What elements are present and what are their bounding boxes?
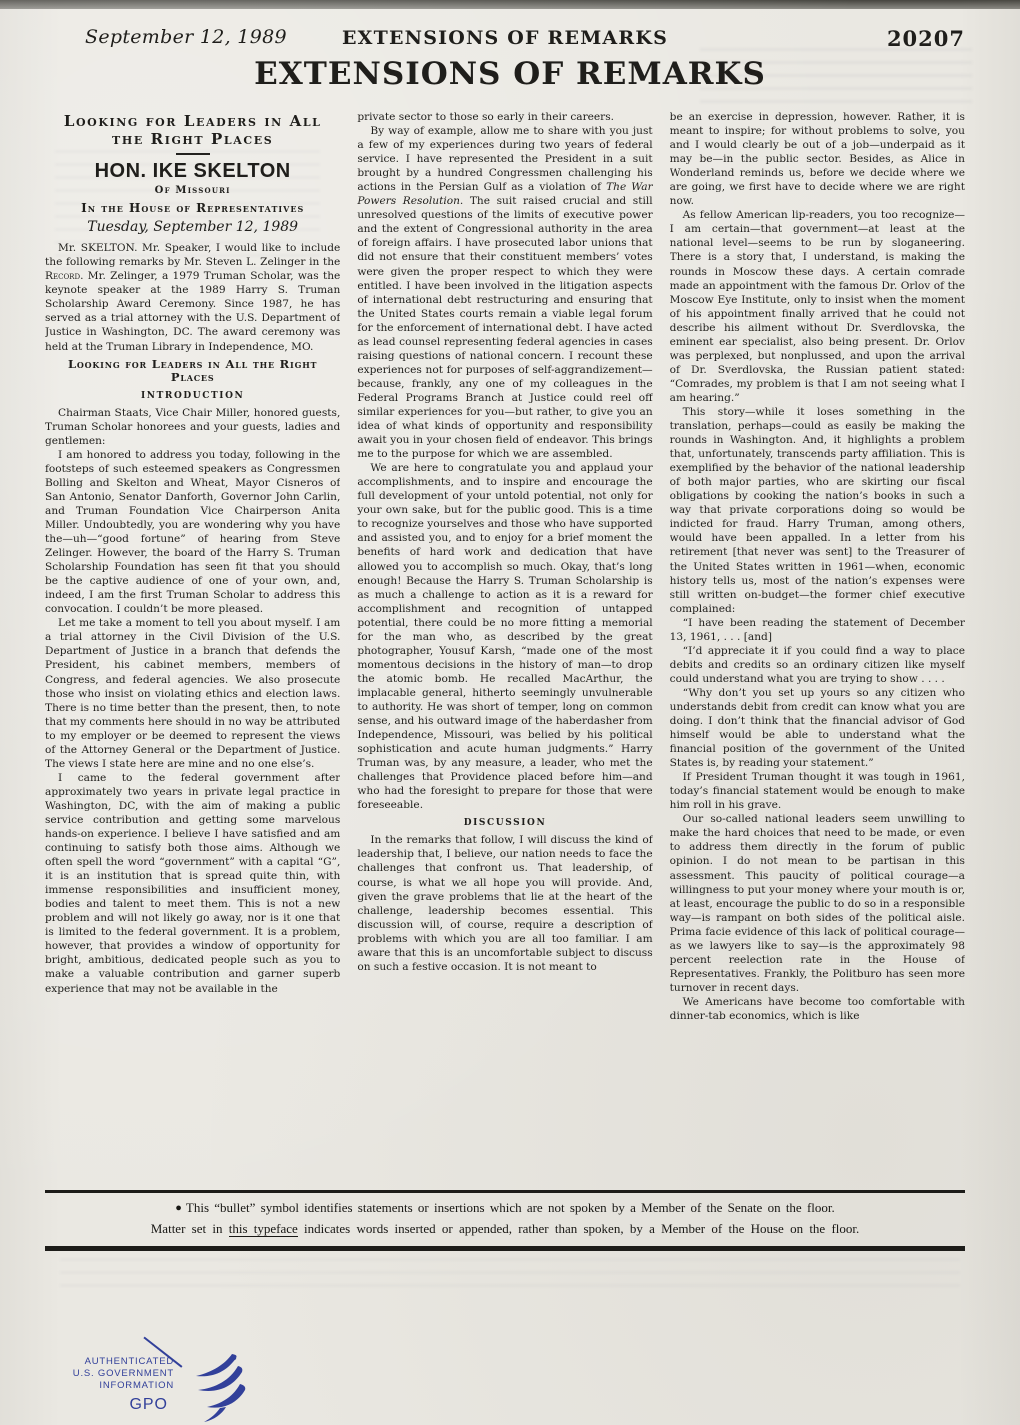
senate-bullet-note: ●This “bullet” symbol identifies stateme…	[55, 1200, 955, 1216]
congressional-record-page: { "colors": { "paper": "#eae8e2", "ink":…	[0, 0, 1020, 1425]
paragraph: “I’d appreciate it if you could find a w…	[670, 644, 965, 686]
heading: Tuesday, September 12, 1989	[45, 220, 340, 234]
paragraph: In the remarks that follow, I will discu…	[357, 833, 652, 973]
gpo-seal-line3: INFORMATION	[73, 1380, 174, 1392]
paragraph: I am honored to address you today, follo…	[45, 448, 340, 617]
gpo-eagle-icon	[180, 1352, 252, 1424]
header-page-number: 20207	[887, 26, 965, 51]
heading: HON. IKE SKELTON	[45, 164, 340, 178]
paragraph: private sector to those so early in thei…	[357, 110, 652, 124]
paragraph: Our so-called national leaders seem unwi…	[670, 812, 965, 995]
gpo-authentication-seal: AUTHENTICATED U.S. GOVERNMENT INFORMATIO…	[62, 1352, 252, 1424]
paragraph: “I have been reading the statement of De…	[670, 616, 965, 644]
paragraph: be an exercise in depression, however. R…	[670, 110, 965, 208]
heading: DISCUSSION	[357, 816, 652, 830]
house-note-pre: Matter set in	[151, 1221, 229, 1236]
gpo-seal-line1: AUTHENTICATED	[73, 1356, 174, 1368]
record-conventions-note: ●This “bullet” symbol identifies stateme…	[45, 1190, 965, 1251]
paragraph: As fellow American lip-readers, you too …	[670, 208, 965, 405]
paragraph: By way of example, allow me to share wit…	[357, 124, 652, 461]
header-running-title: EXTENSIONS OF REMARKS	[45, 27, 965, 49]
article-columns: Looking for Leaders in All the Right Pla…	[45, 110, 965, 1188]
bleedthrough-artifact	[60, 1258, 960, 1296]
typeface-underline: this typeface	[229, 1221, 298, 1237]
bullet-icon: ●	[175, 1202, 182, 1214]
column-middle: private sector to those so early in thei…	[357, 110, 652, 1188]
heading: INTRODUCTION	[45, 389, 340, 403]
house-typeface-note: Matter set in this typeface indicates wo…	[55, 1221, 955, 1237]
paragraph: Mr. SKELTON. Mr. Speaker, I would like t…	[45, 241, 340, 353]
paragraph: “Why don’t you set up yours so any citiz…	[670, 686, 965, 770]
paragraph: We Americans have become too comfortable…	[670, 995, 965, 1023]
paragraph: We are here to congratulate you and appl…	[357, 461, 652, 812]
page-title: EXTENSIONS OF REMARKS	[0, 56, 1020, 92]
gpo-seal-text: AUTHENTICATED U.S. GOVERNMENT INFORMATIO…	[73, 1356, 174, 1392]
paragraph: Let me take a moment to tell you about m…	[45, 616, 340, 771]
column-left: Looking for Leaders in All the Right Pla…	[45, 110, 340, 1188]
senate-note-text: This “bullet” symbol identifies statemen…	[186, 1200, 835, 1215]
paragraph: If President Truman thought it was tough…	[670, 770, 965, 812]
heading: In the House of Representatives	[45, 201, 340, 215]
heading: Of Missouri	[45, 184, 340, 198]
gpo-wordmark: GPO	[129, 1396, 168, 1414]
heading-divider	[176, 153, 210, 155]
paragraph: Chairman Staats, Vice Chair Miller, hono…	[45, 406, 340, 448]
heading: Looking for Leaders in All the Right Pla…	[51, 358, 334, 385]
paragraph: I came to the federal government after a…	[45, 771, 340, 996]
running-header: September 12, 1989 EXTENSIONS OF REMARKS…	[45, 26, 965, 54]
scan-top-edge	[0, 0, 1020, 9]
house-note-post: indicates words inserted or appended, ra…	[298, 1221, 859, 1236]
paragraph: This story—while it loses something in t…	[670, 405, 965, 616]
gpo-seal-line2: U.S. GOVERNMENT	[73, 1368, 174, 1380]
heading: Looking for Leaders in All the Right Pla…	[45, 112, 340, 148]
column-right: be an exercise in depression, however. R…	[670, 110, 965, 1188]
